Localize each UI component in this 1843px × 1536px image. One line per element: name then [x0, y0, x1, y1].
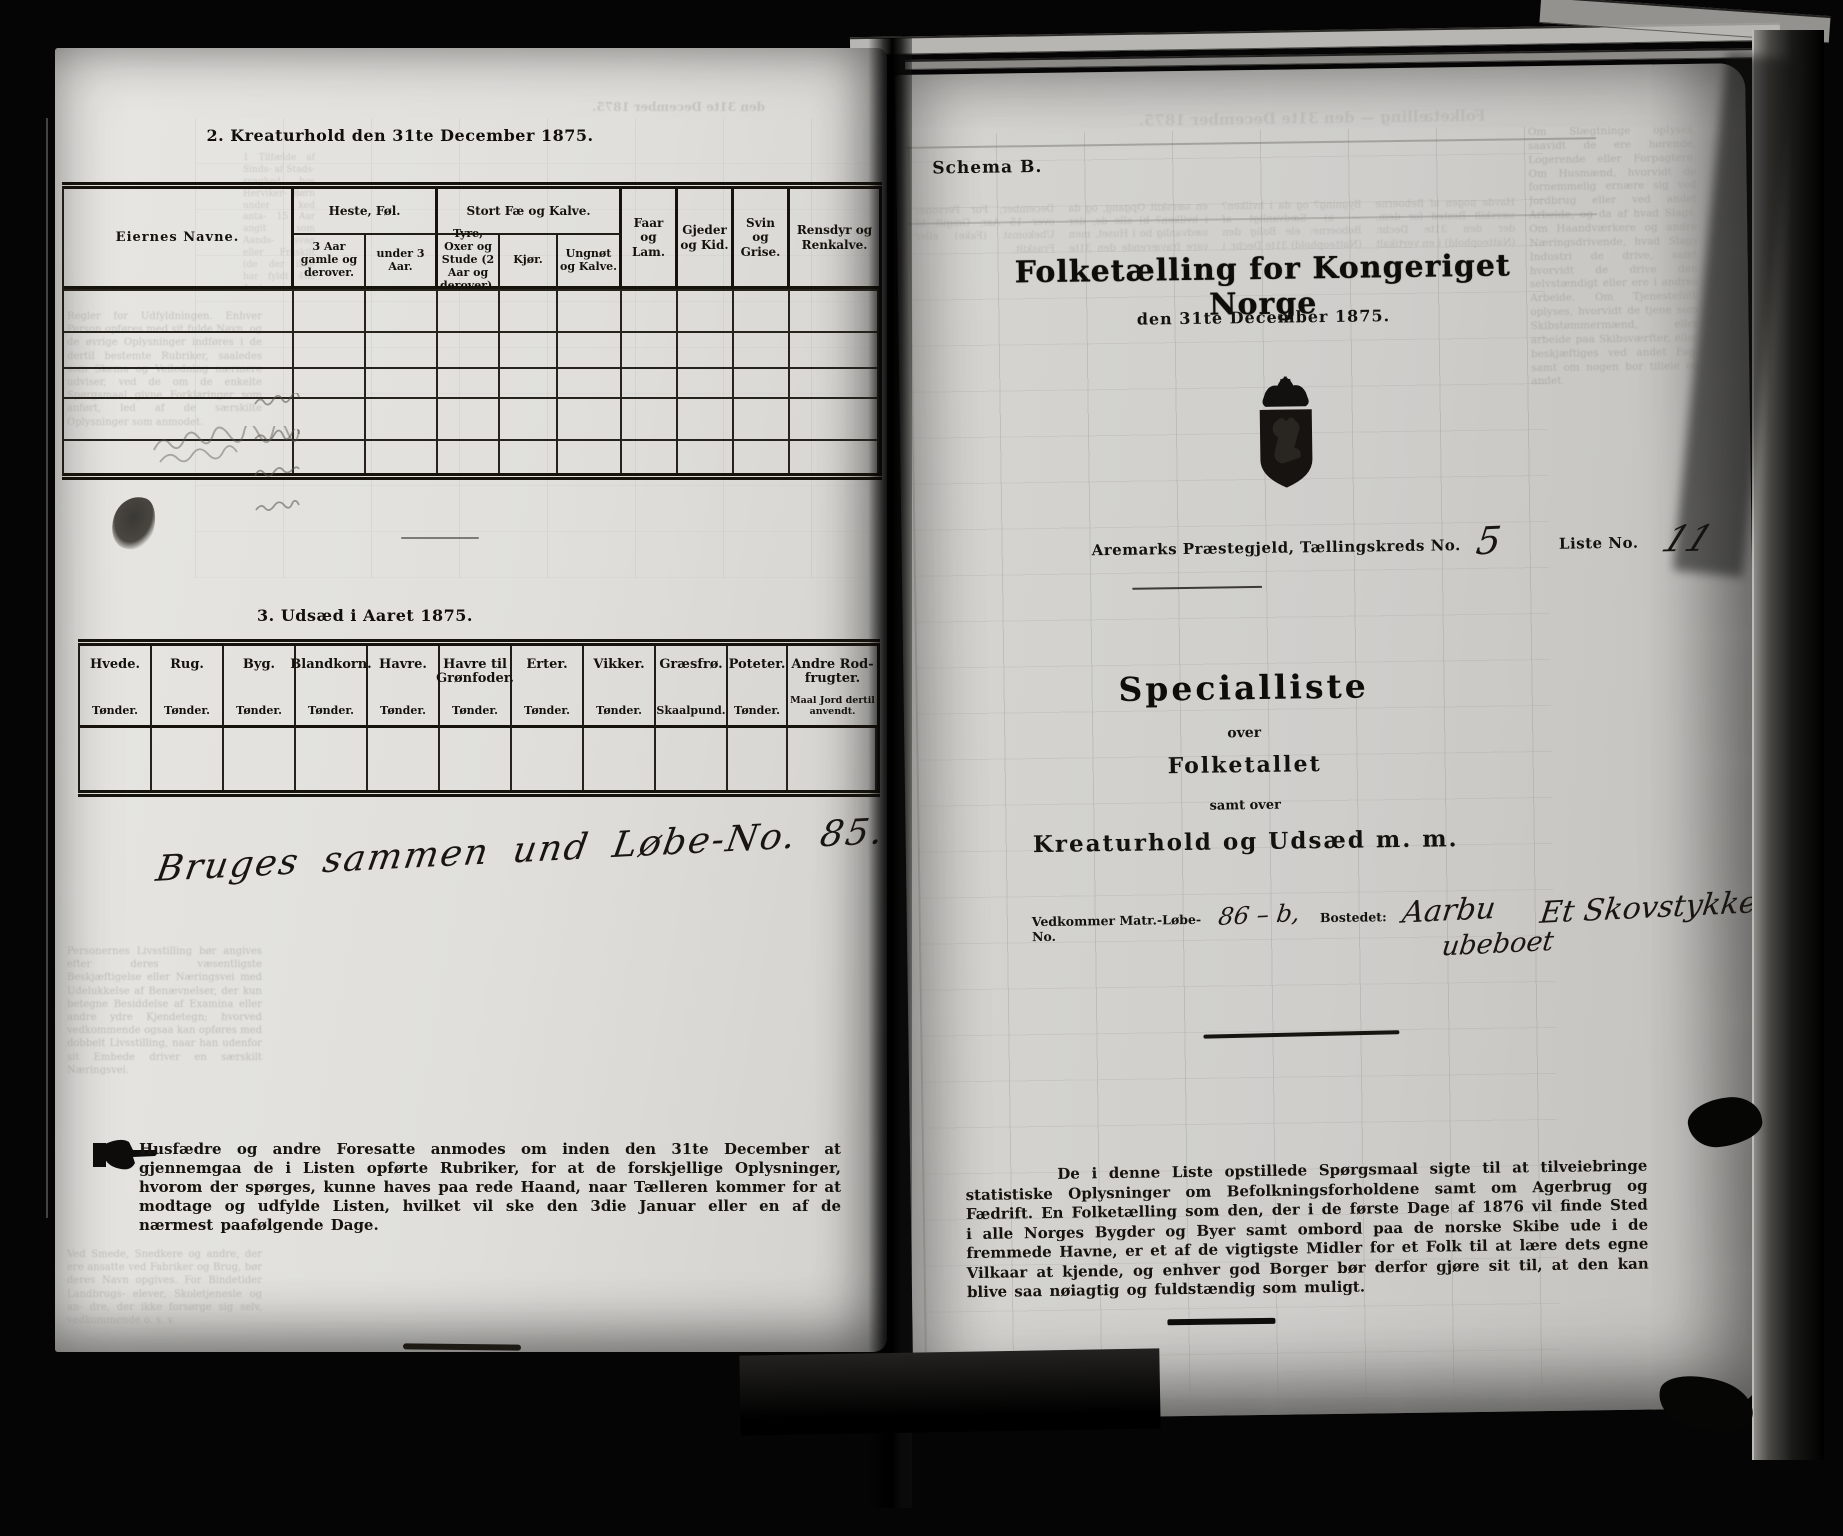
seed-col-name: Græsfrø. [659, 658, 722, 672]
empty-table-cell [368, 728, 440, 790]
seed-col-name: Poteter. [729, 658, 786, 672]
empty-table-cell [678, 289, 734, 331]
handwritten-farm-name: Aarbu [1400, 891, 1497, 931]
book-spine-shadow [868, 38, 912, 1508]
empty-table-cell [790, 397, 879, 439]
left-page: den 31te December 1875. Regler for Udfyl… [55, 48, 887, 1352]
seed-col-fodder-oats: Havre til Grønfoder.Tønder. [440, 646, 512, 728]
section2-title: 2. Kreaturhold den 31te December 1875. [190, 126, 610, 145]
seed-col-unit: Maal Jord dertil anvendt. [790, 695, 875, 717]
column-subheader-horses-older: 3 Aar gamle og derover. [294, 235, 366, 289]
stray-mark [401, 537, 479, 539]
handwritten-uninhabited-note: ubeboet [1440, 926, 1556, 962]
seed-col-unit: Tønder. [452, 704, 498, 717]
liste-label: Liste No. [1559, 534, 1639, 553]
empty-table-cell [622, 289, 678, 331]
column-subheader-bulls-oxen: Tyre, Oxer og Stude (2 Aar og derover). [438, 235, 500, 289]
seed-col-oats: Havre.Tønder. [368, 646, 440, 728]
bosted-label: Bostedet: [1320, 909, 1387, 925]
coat-of-arms-norway [1247, 375, 1325, 502]
seed-col-name: Rug. [170, 658, 204, 672]
empty-table-cell [224, 728, 296, 790]
seed-col-unit: Tønder. [380, 704, 426, 717]
census-book-scan: den 31te December 1875. Regler for Udfyl… [0, 0, 1843, 1536]
empty-table-cell [366, 397, 438, 439]
empty-table-cell [622, 367, 678, 397]
empty-table-cell [790, 331, 879, 367]
subtitle-over: over [1044, 722, 1444, 744]
seed-table: Hvede.Tønder. Rug.Tønder. Byg.Tønder. Bl… [78, 643, 880, 793]
empty-table-cell [728, 728, 788, 790]
column-header-reindeer: Rensdyr og Renkalve. [790, 189, 879, 289]
empty-table-cell [500, 289, 558, 331]
empty-table-cell [678, 439, 734, 473]
empty-table-cell [734, 439, 790, 473]
column-subheader-young-cattle: Ungnøt og Kalve. [558, 235, 622, 289]
empty-table-cell [558, 439, 622, 473]
seed-col-unit: Tønder. [164, 704, 210, 717]
empty-table-cell [584, 728, 656, 790]
seed-col-unit: Tønder. [596, 704, 642, 717]
column-subheader-cows: Kjør. [500, 235, 558, 289]
bleed-through-text: den 31te December 1875. [555, 100, 765, 116]
subtitle-folketallet: Folketallet [1045, 749, 1445, 781]
info-paragraph: De i denne Liste opstillede Spørgsmaal s… [965, 1157, 1649, 1303]
empty-table-cell [294, 289, 366, 331]
bottom-bar [1167, 1318, 1275, 1326]
seed-col-mixed-grain: Blandkorn.Tønder. [296, 646, 368, 728]
column-header-owner: Eiernes Navne. [64, 189, 294, 289]
seed-col-name: Byg. [243, 658, 275, 672]
subtitle-specialliste: Specialliste [1043, 665, 1444, 710]
empty-table-cell [438, 289, 500, 331]
empty-table-cell [64, 289, 294, 331]
page-edge-line [46, 118, 48, 1218]
empty-table-cell [366, 331, 438, 367]
empty-table-cell [558, 367, 622, 397]
seed-col-name: Erter. [526, 658, 567, 672]
seed-col-unit: Skaalpund. [656, 704, 725, 717]
column-subheader-horses-younger: under 3 Aar. [366, 235, 438, 289]
handwritten-place-note: Et Skovstykke [1538, 885, 1759, 931]
seed-col-unit: Tønder. [236, 704, 282, 717]
empty-table-cell [294, 367, 366, 397]
empty-table-cell [296, 728, 368, 790]
empty-table-cell [366, 289, 438, 331]
empty-table-cell [512, 728, 584, 790]
empty-table-cell [438, 367, 500, 397]
empty-table-cell [152, 728, 224, 790]
seed-col-potatoes: Poteter.Tønder. [728, 646, 788, 728]
empty-table-cell [438, 331, 500, 367]
empty-table-cell [622, 439, 678, 473]
seed-col-name: Andre Rod- frugter. [790, 658, 875, 687]
schema-label: Schema B. [932, 157, 1042, 179]
seed-col-vetch: Vikker.Tønder. [584, 646, 656, 728]
column-group-horses: Heste, Føl. [294, 189, 438, 235]
empty-table-cell [366, 439, 438, 473]
handwritten-census-district-number: 5 [1474, 518, 1504, 563]
empty-table-cell [622, 331, 678, 367]
empty-table-cell [64, 331, 294, 367]
empty-table-cell [558, 331, 622, 367]
footer-instruction: Husfædre og andre Foresatte anmodes om i… [139, 1140, 841, 1235]
seed-col-unit: Tønder. [92, 704, 138, 717]
empty-table-cell [622, 397, 678, 439]
bleed-through-text: Folketælling — den 31te December 1875. [926, 107, 1486, 135]
lower-spine-shadow [739, 1348, 1160, 1435]
seed-col-name: Havre. [379, 658, 427, 672]
empty-table-cell [500, 331, 558, 367]
empty-table-cell [440, 728, 512, 790]
empty-table-cell [438, 439, 500, 473]
empty-table-cell [678, 367, 734, 397]
handwriting-squiggle [253, 393, 301, 409]
district-line: Aremarks Præstegjeld, Tællingskreds No. … [1091, 512, 1710, 565]
empty-table-cell [366, 367, 438, 397]
seed-col-peas: Erter.Tønder. [512, 646, 584, 728]
column-header-sheep: Faar og Lam. [622, 189, 678, 289]
empty-table-cell [80, 728, 152, 790]
bleed-through-text: Ved Smede, Snedkere og andre, der ere an… [67, 1248, 262, 1383]
seed-col-wheat: Hvede.Tønder. [80, 646, 152, 728]
seed-col-name: Blandkorn. [290, 658, 371, 672]
right-page: Folketælling — den 31te December 1875. H… [895, 63, 1764, 1420]
empty-table-cell [734, 367, 790, 397]
seed-col-unit: Tønder. [308, 704, 354, 717]
empty-table-cell [500, 367, 558, 397]
empty-table-cell [734, 397, 790, 439]
seed-col-name: Havre til Grønfoder. [436, 658, 514, 687]
empty-table-cell [790, 367, 879, 397]
empty-table-cell [558, 289, 622, 331]
empty-table-cell [790, 439, 879, 473]
empty-table-cell [790, 289, 879, 331]
handwriting-squiggle [253, 500, 301, 516]
subtitle-kreaturhold: Kreaturhold og Udsæd m. m. [996, 825, 1496, 859]
handwritten-rule [1203, 1030, 1399, 1038]
column-header-pigs: Svin og Grise. [734, 189, 790, 289]
matr-label: Vedkommer Matr.-Løbe-No. [1032, 912, 1210, 944]
handwriting-squiggle [150, 426, 320, 466]
empty-table-cell [734, 289, 790, 331]
seed-col-rye: Rug.Tønder. [152, 646, 224, 728]
empty-table-cell [734, 331, 790, 367]
seed-col-unit: Tønder. [734, 704, 780, 717]
district-printed-label: Aremarks Præstegjeld, Tællingskreds No. [1092, 536, 1461, 559]
subtitle-samt-over: samt over [1045, 795, 1445, 816]
short-rule [1132, 586, 1262, 590]
empty-table-cell [678, 397, 734, 439]
column-header-goats: Gjeder og Kid. [678, 189, 734, 289]
empty-table-cell [656, 728, 728, 790]
seed-col-grass-seed: Græsfrø.Skaalpund. [656, 646, 728, 728]
handwriting-squiggle [253, 465, 301, 481]
handwritten-note: Bruges sammen und Løbe-No. 85. [153, 811, 887, 890]
seed-col-unit: Tønder. [524, 704, 570, 717]
empty-table-cell [558, 397, 622, 439]
handwritten-matr-number: 86 – b, [1217, 899, 1302, 931]
seed-col-barley: Byg.Tønder. [224, 646, 296, 728]
handwritten-dash [403, 1343, 521, 1350]
seed-col-name: Hvede. [90, 658, 140, 672]
printed-frame-line-top [906, 137, 1596, 149]
empty-table-cell [788, 728, 877, 790]
empty-table-cell [500, 439, 558, 473]
section3-title: 3. Udsæd i Aaret 1875. [155, 606, 575, 625]
empty-table-cell [438, 397, 500, 439]
empty-table-cell [500, 397, 558, 439]
empty-table-cell [294, 331, 366, 367]
empty-table-cell [678, 331, 734, 367]
seed-col-name: Vikker. [593, 658, 644, 672]
seed-col-root-crops: Andre Rod- frugter.Maal Jord dertil anve… [788, 646, 877, 728]
